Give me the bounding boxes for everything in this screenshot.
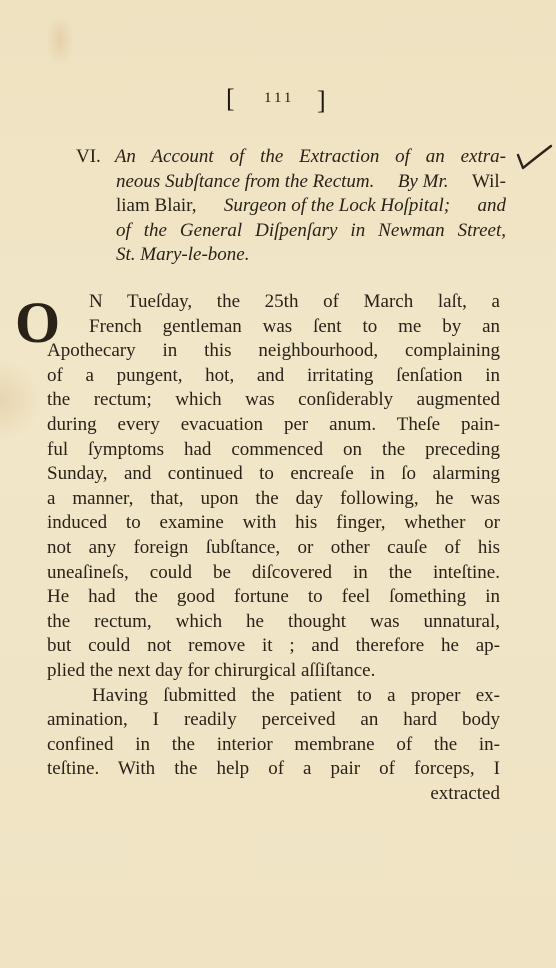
text-line: induced to examine with his finger, whet… — [47, 511, 500, 536]
text-line: of a pungent, hot, and irritating ſenſat… — [47, 364, 500, 389]
line-text: induced to examine with his finger, whet… — [47, 511, 500, 536]
text-line: French gentleman was ſent to me by an — [47, 315, 500, 340]
line-text: uneaſineſs, could be diſcovered in the i… — [47, 561, 500, 586]
document-page: [ 111 ] VI. An Account of the Extraction… — [0, 0, 556, 968]
text-line: ful ſymptoms had commenced on the preced… — [47, 438, 500, 463]
text-line: plied the next day for chirurgical aſſiſ… — [47, 659, 500, 684]
right-bracket: ] — [317, 86, 326, 116]
author-affiliation: St. Mary-le-bone. — [116, 243, 249, 268]
title-text: An Account of the Extraction of an extra… — [115, 145, 506, 170]
text-line: a manner, that, upon the day following, … — [47, 487, 500, 512]
author-affiliation: Surgeon of the Lock Hoſpital; — [224, 194, 450, 219]
article-title: VI. An Account of the Extraction of an e… — [76, 145, 506, 268]
line-text: ful ſymptoms had commenced on the preced… — [47, 438, 500, 463]
text-line: not any foreign ſubſtance, or other cauſ… — [47, 536, 500, 561]
line-text: plied the next day for chirurgical aſſiſ… — [47, 659, 375, 684]
line-text: a manner, that, upon the day following, … — [47, 487, 500, 512]
line-text: N Tueſday, the 25th of March laſt, a — [89, 290, 500, 315]
title-text: By Mr. — [398, 170, 449, 195]
text-line: amination, I readily perceived an hard b… — [47, 708, 500, 733]
title-line: of the General Diſpenſary in Newman Stre… — [76, 219, 506, 244]
line-text: the rectum; which was conſiderably augme… — [47, 388, 500, 413]
author-name: Wil- — [472, 170, 506, 195]
text-line: Sunday, and continued to encreaſe in ſo … — [47, 462, 500, 487]
text-line: the rectum, which he thought was unnatur… — [47, 610, 500, 635]
line-text: not any foreign ſubſtance, or other cauſ… — [47, 536, 500, 561]
line-text: French gentleman was ſent to me by an — [89, 315, 500, 340]
article-number: VI. — [76, 145, 101, 170]
catchword: extracted — [430, 782, 500, 807]
line-text: teſtine. With the help of a pair of forc… — [47, 757, 500, 782]
line-text: the rectum, which he thought was unnatur… — [47, 610, 500, 635]
text-line: Apothecary in this neighbourhood, compla… — [47, 339, 500, 364]
page-number: 111 — [264, 90, 294, 107]
text-line: confined in the interior membrane of the… — [47, 733, 500, 758]
text-line: but could not remove it ; and therefore … — [47, 634, 500, 659]
line-text: but could not remove it ; and therefore … — [47, 634, 500, 659]
title-line: St. Mary-le-bone. — [76, 243, 506, 268]
title-line: liam Blair, Surgeon of the Lock Hoſpital… — [76, 194, 506, 219]
text-line: during every evacuation per anum. Theſe … — [47, 413, 500, 438]
text-line: N Tueſday, the 25th of March laſt, a — [47, 290, 500, 315]
line-text: Sunday, and continued to encreaſe in ſo … — [47, 462, 500, 487]
author-affiliation: of the General Diſpenſary in Newman Stre… — [116, 219, 506, 244]
title-line: VI. An Account of the Extraction of an e… — [76, 145, 506, 170]
line-text: during every evacuation per anum. Theſe … — [47, 413, 500, 438]
line-text: amination, I readily perceived an hard b… — [47, 708, 500, 733]
text-line: teſtine. With the help of a pair of forc… — [47, 757, 500, 782]
title-text: and — [478, 194, 507, 219]
line-text: Having ſubmitted the patient to a proper… — [92, 684, 500, 709]
text-line: He had the good fortune to feel ſomethin… — [47, 585, 500, 610]
body-text: N Tueſday, the 25th of March laſt, a Fre… — [47, 290, 500, 806]
checkmark-icon — [514, 143, 554, 173]
line-text: Apothecary in this neighbourhood, compla… — [47, 339, 500, 364]
title-text: neous Subſtance from the Rectum. — [116, 170, 374, 195]
title-line: neous Subſtance from the Rectum. By Mr. … — [76, 170, 506, 195]
line-text: of a pungent, hot, and irritating ſenſat… — [47, 364, 500, 389]
text-line: the rectum; which was conſiderably augme… — [47, 388, 500, 413]
line-text: confined in the interior membrane of the… — [47, 733, 500, 758]
text-line: Having ſubmitted the patient to a proper… — [47, 684, 500, 709]
left-bracket: [ — [226, 84, 235, 114]
catchword-line: extracted — [47, 782, 500, 807]
text-line: uneaſineſs, could be diſcovered in the i… — [47, 561, 500, 586]
line-text: He had the good fortune to feel ſomethin… — [47, 585, 500, 610]
author-name: liam Blair, — [116, 194, 197, 219]
